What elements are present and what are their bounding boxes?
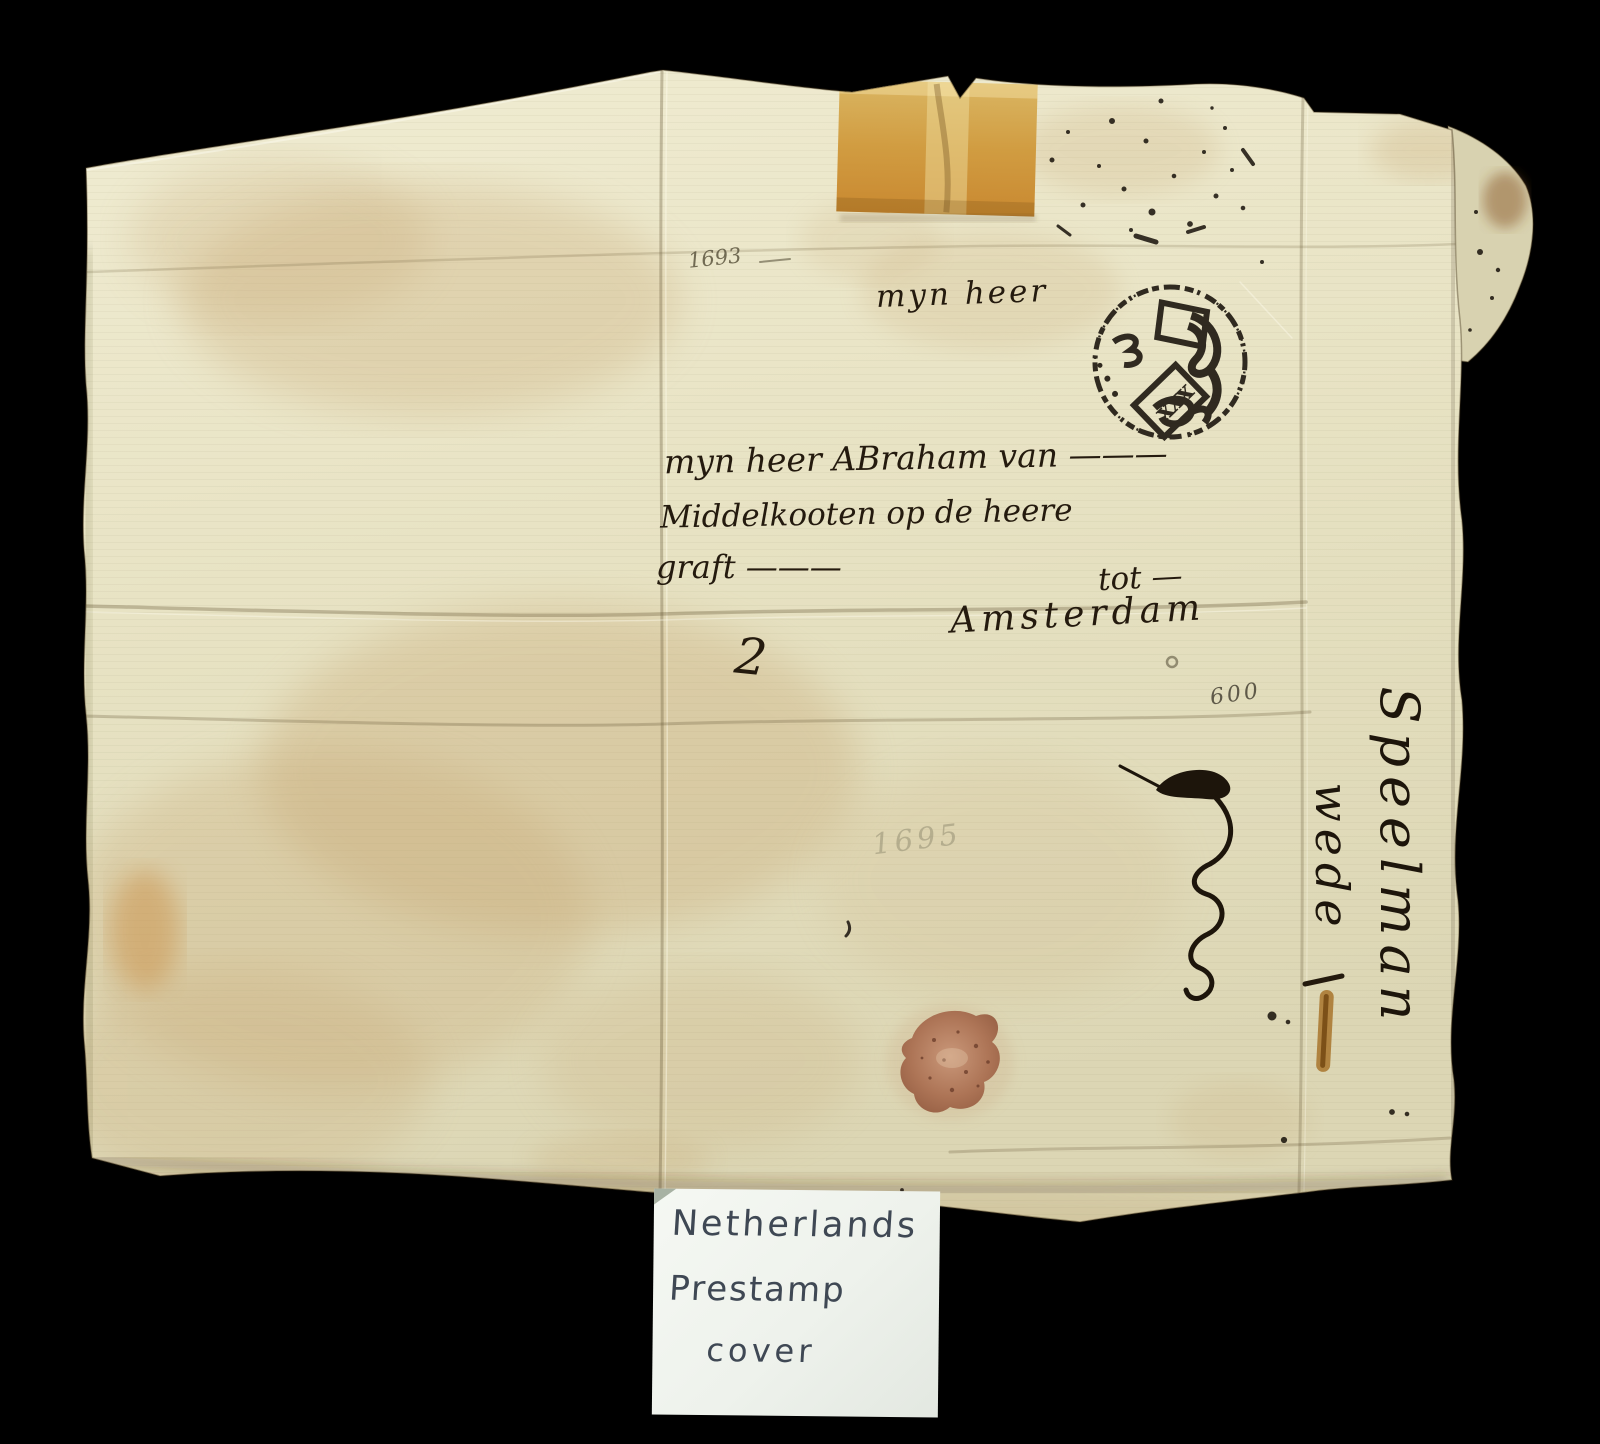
docket-numeral: 2 xyxy=(732,626,770,687)
docket-name-line1: Speelman xyxy=(1364,648,1434,1068)
label-line-1: Netherlands xyxy=(671,1204,920,1247)
salutation-myn-heer: myn heer xyxy=(875,273,1048,315)
address-line-2: Middelkooten op de heere xyxy=(660,492,1073,535)
photo-scene: xxx xyxy=(0,0,1600,1444)
collector-label-slip: Netherlands Prestamp cover xyxy=(652,1189,940,1418)
docket-name-line2: wede xyxy=(1300,648,1364,1068)
vertical-docket-name: Speelman wede xyxy=(1300,648,1434,1068)
label-folded-corner xyxy=(654,1189,676,1205)
address-line-3: graft ——— xyxy=(656,548,842,586)
label-line-3: cover xyxy=(705,1331,816,1370)
paper-surface-details: xxx xyxy=(50,60,1490,1260)
label-line-2: Prestamp xyxy=(668,1269,847,1311)
wax-seal-remnant xyxy=(886,1004,1014,1120)
amber-tape-repair xyxy=(836,79,1037,216)
